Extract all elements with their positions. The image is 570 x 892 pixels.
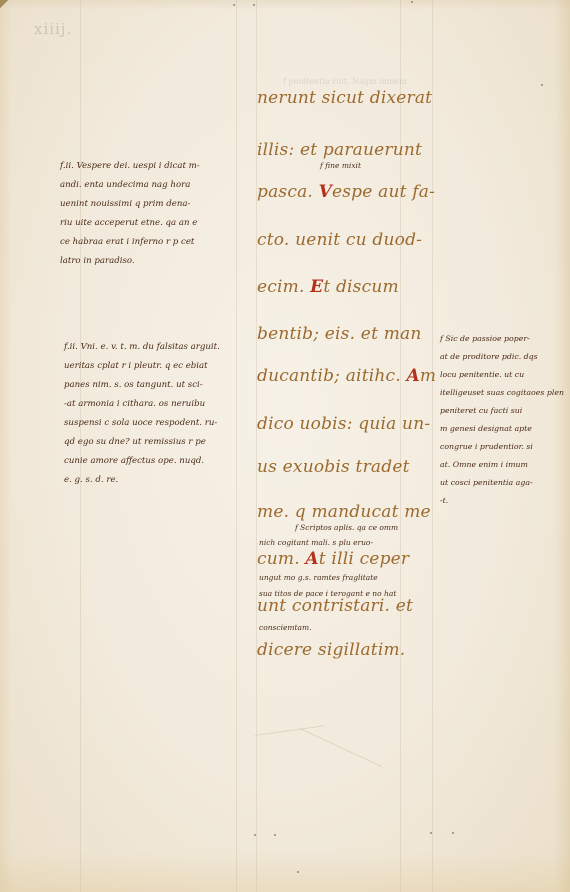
main-text-line: us exuobis tradet	[257, 457, 410, 477]
pricking-mark	[541, 84, 543, 86]
rubricated-initial: A	[406, 366, 419, 386]
main-text-line: pasca. Vespe aut fa-	[257, 182, 435, 202]
gloss-line: f.ii. Vni. e. v. t. m. du falsitas argui…	[64, 338, 220, 357]
text-segment: m	[420, 366, 436, 386]
rubricated-initial: V	[319, 182, 332, 202]
gloss-line: ut cosci penitentia aga-	[440, 474, 564, 492]
main-text-line: unt contristari. et	[257, 596, 413, 616]
gloss-line: uenint nouissimi q prim dena-	[60, 195, 200, 214]
pricking-mark	[411, 1, 413, 3]
main-text-line: ecim. Et discum	[257, 277, 399, 297]
manuscript-page: xiiij. f penitentia ruit. Nagm inmem ner…	[0, 0, 570, 892]
main-text-line: dico uobis: quia un-	[257, 414, 430, 434]
gloss-line: qd ego su dne? ut remissius r pe	[64, 433, 220, 452]
text-segment: espe aut fa-	[332, 182, 435, 202]
gloss-line: -t.	[440, 492, 564, 510]
gloss-line: riu uite acceperut etne. qa an e	[60, 214, 200, 233]
main-text-line: dicere sigillatim.	[257, 640, 405, 660]
left-marginal-gloss-1: f.ii. Vespere dei. uespi i dicat m- andi…	[60, 157, 200, 271]
gloss-line: f Sic de passioe poper-	[440, 330, 564, 348]
left-marginal-gloss-2: f.ii. Vni. e. v. t. m. du falsitas argui…	[64, 338, 220, 490]
gloss-line: ueritas cplat r i pleutr. q ec ebiat	[64, 357, 220, 376]
pricking-mark	[297, 871, 299, 873]
rubricated-initial: A	[305, 549, 318, 569]
text-segment: t illi ceper	[319, 549, 409, 569]
text-segment: cum.	[257, 549, 305, 569]
gloss-line: panes nim. s. os tangunt. ut sci-	[64, 376, 220, 395]
gloss-line: at de proditore pdic. dqs	[440, 348, 564, 366]
folio-number: xiiij.	[34, 20, 72, 38]
pricking-mark	[274, 834, 276, 836]
gloss-line: cunie amore affectus ope. nuqd.	[64, 452, 220, 471]
interlinear-gloss: f Scriptos aplis. qa ce omm	[295, 523, 398, 532]
pricking-mark	[253, 4, 255, 6]
pricking-mark	[452, 832, 454, 834]
gloss-line: f.ii. Vespere dei. uespi i dicat m-	[60, 157, 200, 176]
pricking-mark	[254, 834, 256, 836]
rubricated-initial: E	[310, 277, 323, 297]
main-text-line: ducantib; aitihc. Am	[257, 366, 436, 386]
gloss-line: e. g. s. d. re.	[64, 471, 220, 490]
ruling-line	[236, 0, 237, 892]
interlinear-gloss: consciemtam.	[259, 623, 312, 632]
interlinear-gloss: ungut mo g.s. ramtes fraglitate	[259, 573, 378, 582]
gloss-line: at. Omne enim i imum	[440, 456, 564, 474]
main-text-line: me. q manducat me	[257, 502, 431, 522]
right-marginal-gloss: f Sic de passioe poper- at de proditore …	[440, 330, 564, 510]
text-segment: pasca.	[257, 182, 319, 202]
gloss-line: m genesi designat apte	[440, 420, 564, 438]
pricking-mark	[233, 4, 235, 6]
page-corner-binding	[0, 0, 10, 10]
gloss-line: suspensi c sola uoce respodent. ru-	[64, 414, 220, 433]
gloss-line: latro in paradiso.	[60, 252, 200, 271]
gloss-line: locu penitentie. ut cu	[440, 366, 564, 384]
pricking-mark	[430, 832, 432, 834]
ruling-line	[432, 0, 433, 892]
interlinear-gloss: f fine mixit	[320, 161, 361, 170]
gloss-line: itelligeuset suas cogitaoes plen	[440, 384, 564, 402]
ruling-line	[256, 0, 257, 892]
text-segment: t discum	[323, 277, 398, 297]
gloss-line: andi. enta undecima nag hora	[60, 176, 200, 195]
main-text-line: bentib; eis. et man	[257, 324, 422, 344]
main-text-line: cto. uenit cu duod-	[257, 230, 422, 250]
parchment-crease	[300, 728, 382, 767]
main-text-line: illis: et parauerunt	[257, 140, 422, 160]
gloss-line: congrue i prudentior. si	[440, 438, 564, 456]
text-segment: ecim.	[257, 277, 310, 297]
main-text-line: cum. At illi ceper	[257, 549, 409, 569]
ruling-line	[400, 0, 401, 892]
gloss-line: peniteret cu facti sui	[440, 402, 564, 420]
text-segment: ducantib; aitihc.	[257, 366, 406, 386]
gloss-line: ce habraa erat i inferno r p cet	[60, 233, 200, 252]
main-text-line: nerunt sicut dixerat	[257, 88, 432, 108]
bleed-through-text: f penitentia ruit. Nagm inmem	[283, 77, 407, 86]
gloss-line: -at armonia i cithara. os neruibu	[64, 395, 220, 414]
interlinear-gloss: nich cogitant mali. s plu eruo-	[259, 538, 373, 547]
